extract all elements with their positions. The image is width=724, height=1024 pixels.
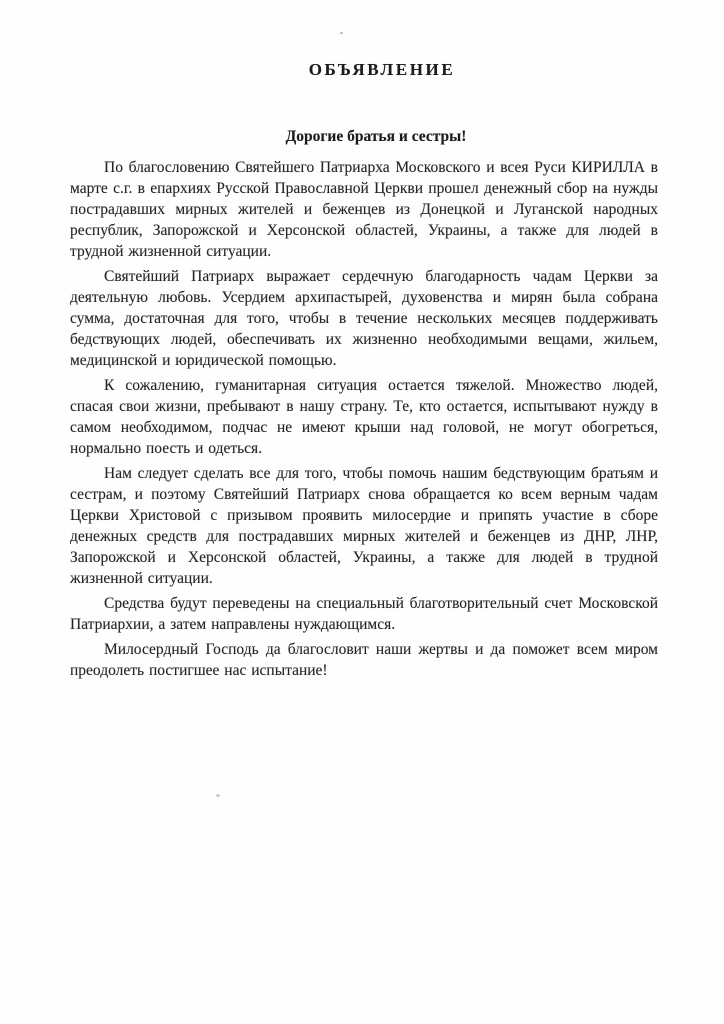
document-body: По благословению Святейшего Патриарха Мо… (70, 157, 658, 685)
document-page: ОБЪЯВЛЕНИЕ Дорогие братья и сестры! По б… (0, 0, 724, 1024)
document-title: ОБЪЯВЛЕНИЕ (0, 60, 724, 80)
body-paragraph: К сожалению, гуманитарная ситуация остае… (70, 375, 658, 459)
body-paragraph: Средства будут переведены на специальный… (70, 593, 658, 635)
body-paragraph: Святейший Патриарх выражает сердечную бл… (70, 266, 658, 371)
body-paragraph: Нам следует сделать все для того, чтобы … (70, 463, 658, 589)
body-paragraph: Милосердный Господь да благословит наши … (70, 639, 658, 681)
scan-speck (340, 32, 343, 34)
body-paragraph: По благословению Святейшего Патриарха Мо… (70, 157, 658, 262)
scan-speck (216, 794, 220, 797)
salutation-heading: Дорогие братья и сестры! (0, 128, 724, 146)
